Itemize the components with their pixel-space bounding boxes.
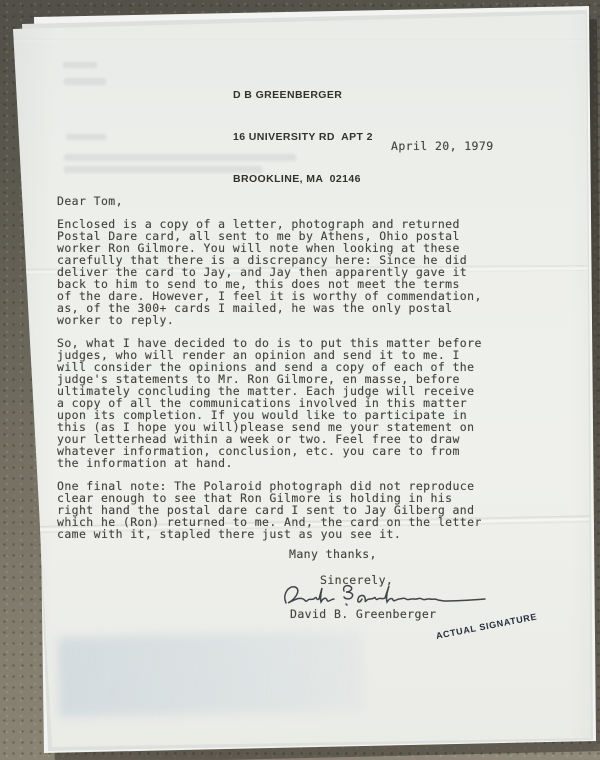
body-paragraph: One final note: The Polaroid photograph … xyxy=(57,480,507,540)
date-line: April 20, 1979 xyxy=(391,139,494,153)
bleedthrough-mark xyxy=(64,78,106,85)
letterhead-name: D B GREENBERGER xyxy=(233,88,373,102)
letterhead-address-line-1: 16 UNIVERSITY RD APT 2 xyxy=(233,130,373,144)
closing-thanks: Many thanks, xyxy=(289,547,377,561)
salutation: Dear Tom, xyxy=(57,195,507,207)
body-paragraph: Enclosed is a copy of a letter, photogra… xyxy=(57,218,507,326)
showthrough-panel xyxy=(57,631,364,717)
bleedthrough-mark xyxy=(63,62,97,68)
fold-crease-top xyxy=(0,39,600,43)
body-paragraph: So, what I have decided to do is to put … xyxy=(57,337,507,469)
letterhead-address-line-2: BROOKLINE, MA 02146 xyxy=(233,172,373,186)
letter-paper: D B GREENBERGER 16 UNIVERSITY RD APT 2 B… xyxy=(0,0,600,760)
letter-body: Dear Tom, Enclosed is a copy of a letter… xyxy=(57,195,507,551)
actual-signature-stamp: ACTUAL SIGNATURE xyxy=(435,611,538,640)
letterhead: D B GREENBERGER 16 UNIVERSITY RD APT 2 B… xyxy=(233,60,373,214)
bleedthrough-mark xyxy=(66,134,106,140)
typed-signature-name: David B. Greenberger xyxy=(290,607,436,621)
